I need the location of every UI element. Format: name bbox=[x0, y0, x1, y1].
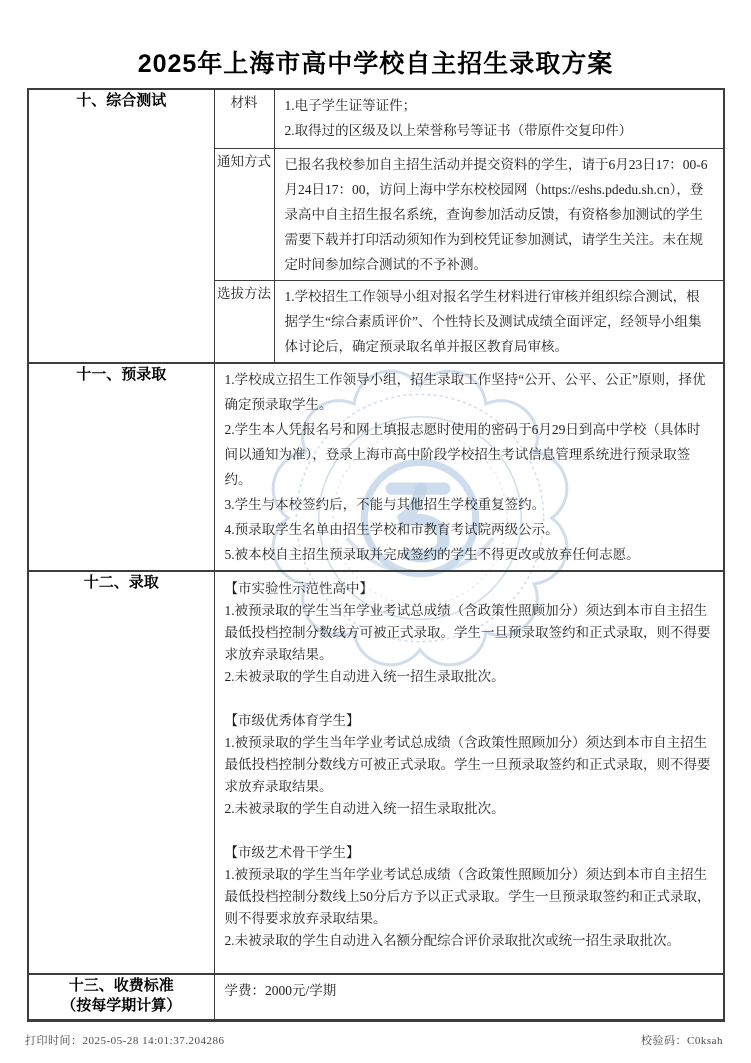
print-time-label: 打印时间： bbox=[25, 1035, 83, 1047]
materials-line: 2.取得过的区级及以上荣誉称号等证书（带原件交复印件） bbox=[285, 118, 714, 143]
pre-admission-item: 5.被本校自主招生预录取并完成签约的学生不得更改或放弃任何志愿。 bbox=[225, 542, 714, 567]
cell-fee: 学费：2000元/学期 bbox=[214, 974, 724, 1021]
block-item: 1.被预录取的学生当年学业考试总成绩（含政策性照顾加分）须达到本市自主招生最低投… bbox=[225, 600, 714, 666]
cell-selection-method: 1.学校招生工作领导小组对报名学生材料进行审核并组织综合测试，根据学生“综合素质… bbox=[274, 280, 724, 363]
cell-materials: 1.电子学生证等证件； 2.取得过的区级及以上荣誉称号等证书（带原件交复印件） bbox=[274, 89, 724, 148]
block-item: 1.被预录取的学生当年学业考试总成绩（含政策性照顾加分）须达到本市自主招生最低投… bbox=[225, 864, 714, 930]
section-label-pre-admission: 十一、预录取 bbox=[28, 363, 214, 571]
page-footer: 打印时间：2025-05-28 14:01:37.204286 校验码：C0ks… bbox=[25, 1032, 723, 1048]
block-heading: 【市级优秀体育学生】 bbox=[225, 710, 714, 732]
pre-admission-item: 4.预录取学生名单由招生学校和市教育考试院两级公示。 bbox=[225, 517, 714, 542]
cell-pre-admission: 1.学校成立招生工作领导小组，招生录取工作坚持“公开、公平、公正”原则，择优确定… bbox=[214, 363, 724, 571]
block-item: 2.未被录取的学生自动进入统一招生录取批次。 bbox=[225, 666, 714, 688]
section-label-fee-standard: 十三、收费标准 （按每学期计算） bbox=[28, 974, 214, 1021]
fee-label-line: 十三、收费标准 bbox=[30, 976, 213, 996]
print-time-value: 2025-05-28 14:01:37.204286 bbox=[83, 1035, 225, 1047]
page-title: 2025年上海市高中学校自主招生录取方案 bbox=[0, 44, 751, 80]
block-item: 2.未被录取的学生自动进入统一招生录取批次。 bbox=[225, 798, 714, 820]
subrow-label-notification-method: 通知方式 bbox=[214, 148, 274, 280]
table-row: 十三、收费标准 （按每学期计算） 学费：2000元/学期 bbox=[28, 974, 724, 1021]
footer-checksum: 校验码：C0ksah bbox=[641, 1032, 723, 1048]
table-row: 十一、预录取 1.学校成立招生工作领导小组，招生录取工作坚持“公开、公平、公正”… bbox=[28, 363, 724, 571]
fee-label-line: （按每学期计算） bbox=[30, 996, 213, 1016]
table-row: 十二、录取 【市实验性示范性高中】 1.被预录取的学生当年学业考试总成绩（含政策… bbox=[28, 571, 724, 974]
checksum-value: C0ksah bbox=[687, 1035, 723, 1047]
block-item: 1.被预录取的学生当年学业考试总成绩（含政策性照顾加分）须达到本市自主招生最低投… bbox=[225, 732, 714, 798]
section-label-comprehensive-test: 十、综合测试 bbox=[28, 89, 214, 363]
block-item: 2.未被录取的学生自动进入名额分配综合评价录取批次或统一招生录取批次。 bbox=[225, 930, 714, 952]
pre-admission-item: 1.学校成立招生工作领导小组，招生录取工作坚持“公开、公平、公正”原则，择优确定… bbox=[225, 367, 714, 417]
block-heading: 【市实验性示范性高中】 bbox=[225, 578, 714, 600]
subrow-label-selection-method: 选拔方法 bbox=[214, 280, 274, 363]
pre-admission-item: 2.学生本人凭报名号和网上填报志愿时使用的密码于6月29日到高中学校（具体时间以… bbox=[225, 417, 714, 492]
admission-block-art-backbone-students: 【市级艺术骨干学生】 1.被预录取的学生当年学业考试总成绩（含政策性照顾加分）须… bbox=[225, 842, 714, 952]
cell-admission: 【市实验性示范性高中】 1.被预录取的学生当年学业考试总成绩（含政策性照顾加分）… bbox=[214, 571, 724, 974]
materials-line: 1.电子学生证等证件； bbox=[285, 93, 714, 118]
admission-block-experimental-high-school: 【市实验性示范性高中】 1.被预录取的学生当年学业考试总成绩（含政策性照顾加分）… bbox=[225, 578, 714, 688]
checksum-label: 校验码： bbox=[641, 1035, 687, 1047]
cell-notification-method: 已报名我校参加自主招生活动并提交资料的学生，请于6月23日17：00-6月24日… bbox=[274, 148, 724, 280]
admission-block-outstanding-sports-students: 【市级优秀体育学生】 1.被预录取的学生当年学业考试总成绩（含政策性照顾加分）须… bbox=[225, 710, 714, 820]
footer-print-time: 打印时间：2025-05-28 14:01:37.204286 bbox=[25, 1032, 224, 1048]
pre-admission-item: 3.学生与本校签约后，不能与其他招生学校重复签约。 bbox=[225, 492, 714, 517]
table-row: 十、综合测试 材料 1.电子学生证等证件； 2.取得过的区级及以上荣誉称号等证书… bbox=[28, 89, 724, 148]
admission-plan-table: 十、综合测试 材料 1.电子学生证等证件； 2.取得过的区级及以上荣誉称号等证书… bbox=[27, 88, 725, 1022]
section-label-admission: 十二、录取 bbox=[28, 571, 214, 974]
block-heading: 【市级艺术骨干学生】 bbox=[225, 842, 714, 864]
subrow-label-materials: 材料 bbox=[214, 89, 274, 148]
